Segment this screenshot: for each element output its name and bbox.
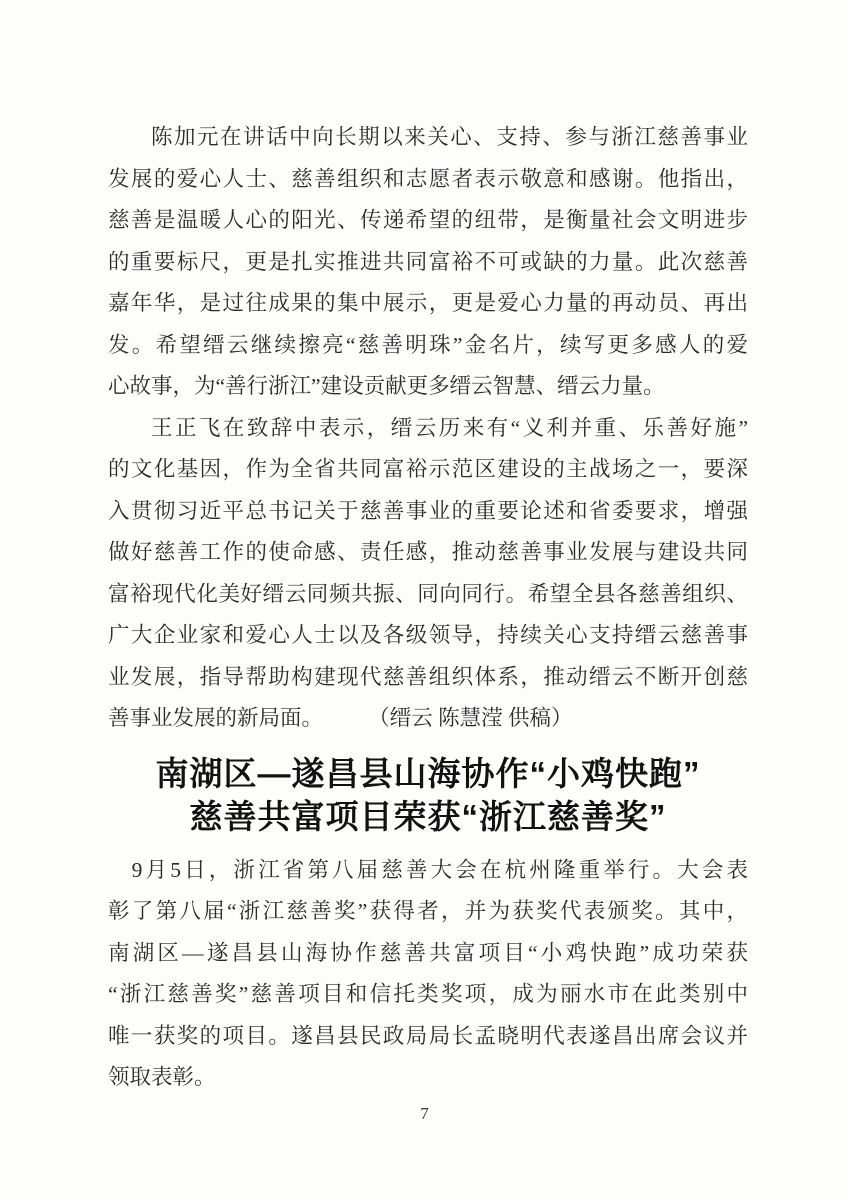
document-page: 陈加元在讲话中向长期以来关心、支持、参与浙江慈善事业发展的爱心人士、慈善组织和志… [0, 0, 849, 1200]
text-line: 善事业发展的新局面。（缙云 陈慧滢 供稿） [108, 698, 748, 740]
text-line: 慈善是温暖人心的阳光、传递希望的纽带，是衡量社会文明进步 [108, 200, 748, 242]
text-line: 发。希望缙云继续擦亮“慈善明珠”金名片，续写更多感人的爱 [108, 325, 748, 367]
text-run: 做好慈善工作的使命感、责任感，推动慈善事业发展与建设共同 [108, 540, 748, 564]
text-line: 9月5日，浙江省第八届慈善大会在杭州隆重举行。大会表 [108, 850, 748, 892]
contributor-attribution: （缙云 陈慧滢 供稿） [379, 706, 573, 730]
text-run: 南湖区—遂昌县山海协作慈善共富项目“小鸡快跑”成功荣获 [108, 941, 748, 965]
text-line: 做好慈善工作的使命感、责任感，推动慈善事业发展与建设共同 [108, 532, 748, 574]
para-wang-zhengfei-speech: 王正飞在致辞中表示，缙云历来有“义利并重、乐善好施”的文化基因，作为全省共同富裕… [108, 408, 748, 740]
text-run: 业发展，指导帮助构建现代慈善组织体系，推动缙云不断开创慈 [108, 665, 748, 689]
text-line: 业发展，指导帮助构建现代慈善组织体系，推动缙云不断开创慈 [108, 657, 748, 699]
text-run: 的文化基因，作为全省共同富裕示范区建设的主战场之一，要深 [108, 457, 748, 481]
text-run: 彰了第八届“浙江慈善奖”获得者，并为获奖代表颁奖。其中， [108, 899, 748, 923]
text-run: 慈善共富项目荣获“浙江慈善奖” [190, 798, 667, 835]
text-run: 善事业发展的新局面。 [108, 706, 323, 730]
text-run: 陈加元在讲话中向长期以来关心、支持、参与浙江慈善事业 [151, 125, 748, 149]
heading-line: 慈善共富项目荣获“浙江慈善奖” [108, 795, 748, 838]
text-line: 心故事，为“善行浙江”建设贡献更多缙云智慧、缙云力量。 [108, 366, 748, 408]
text-run: 领取表彰。 [108, 1065, 216, 1089]
text-line: 领取表彰。 [108, 1057, 748, 1099]
text-run: 唯一获奖的项目。遂昌县民政局局长孟晓明代表遂昌出席会议并 [108, 1024, 748, 1048]
page-number: 7 [0, 1104, 849, 1124]
text-line: “浙江慈善奖”慈善项目和信托类奖项，成为丽水市在此类别中 [108, 974, 748, 1016]
text-run: 9月5日，浙江省第八届慈善大会在杭州隆重举行。大会表 [132, 858, 748, 882]
para-zhejiang-charity-award: 9月5日，浙江省第八届慈善大会在杭州隆重举行。大会表彰了第八届“浙江慈善奖”获得… [108, 850, 748, 1099]
text-line: 嘉年华，是过往成果的集中展示，更是爱心力量的再动员、再出 [108, 283, 748, 325]
text-line: 陈加元在讲话中向长期以来关心、支持、参与浙江慈善事业 [108, 117, 748, 159]
text-line: 入贯彻习近平总书记关于慈善事业的重要论述和省委要求，增强 [108, 491, 748, 533]
text-run: 发。希望缙云继续擦亮“慈善明珠”金名片，续写更多感人的爱 [108, 333, 748, 357]
text-run: 王正飞在致辞中表示，缙云历来有“义利并重、乐善好施” [151, 416, 748, 440]
text-line: 南湖区—遂昌县山海协作慈善共富项目“小鸡快跑”成功荣获 [108, 933, 748, 975]
text-line: 的重要标尺，更是扎实推进共同富裕不可或缺的力量。此次慈善 [108, 242, 748, 284]
text-line: 富裕现代化美好缙云同频共振、同向同行。希望全县各慈善组织、 [108, 574, 748, 616]
text-run: 富裕现代化美好缙云同频共振、同向同行。希望全县各慈善组织、 [108, 582, 748, 606]
para-chen-jiayuan-speech: 陈加元在讲话中向长期以来关心、支持、参与浙江慈善事业发展的爱心人士、慈善组织和志… [108, 117, 748, 408]
text-run: 慈善是温暖人心的阳光、传递希望的纽带，是衡量社会文明进步 [108, 208, 748, 232]
text-run: “浙江慈善奖”慈善项目和信托类奖项，成为丽水市在此类别中 [108, 982, 748, 1006]
text-run: 发展的爱心人士、慈善组织和志愿者表示敬意和感谢。他指出， [108, 167, 748, 191]
text-run: 南湖区—遂昌县山海协作“小鸡快跑” [156, 755, 701, 792]
article-heading: 南湖区—遂昌县山海协作“小鸡快跑”慈善共富项目荣获“浙江慈善奖” [108, 752, 748, 838]
text-line: 彰了第八届“浙江慈善奖”获得者，并为获奖代表颁奖。其中， [108, 891, 748, 933]
document-content: 陈加元在讲话中向长期以来关心、支持、参与浙江慈善事业发展的爱心人士、慈善组织和志… [108, 117, 748, 1099]
heading-line: 南湖区—遂昌县山海协作“小鸡快跑” [108, 752, 748, 795]
text-run: 心故事，为“善行浙江”建设贡献更多缙云智慧、缙云力量。 [108, 374, 665, 398]
text-line: 唯一获奖的项目。遂昌县民政局局长孟晓明代表遂昌出席会议并 [108, 1016, 748, 1058]
text-run: 广大企业家和爱心人士以及各级领导，持续关心支持缙云慈善事 [108, 623, 748, 647]
text-run: 入贯彻习近平总书记关于慈善事业的重要论述和省委要求，增强 [108, 499, 748, 523]
text-line: 的文化基因，作为全省共同富裕示范区建设的主战场之一，要深 [108, 449, 748, 491]
text-line: 王正飞在致辞中表示，缙云历来有“义利并重、乐善好施” [108, 408, 748, 450]
text-line: 广大企业家和爱心人士以及各级领导，持续关心支持缙云慈善事 [108, 615, 748, 657]
text-line: 发展的爱心人士、慈善组织和志愿者表示敬意和感谢。他指出， [108, 159, 748, 201]
text-run: 嘉年华，是过往成果的集中展示，更是爱心力量的再动员、再出 [108, 291, 748, 315]
text-run: 的重要标尺，更是扎实推进共同富裕不可或缺的力量。此次慈善 [108, 250, 748, 274]
